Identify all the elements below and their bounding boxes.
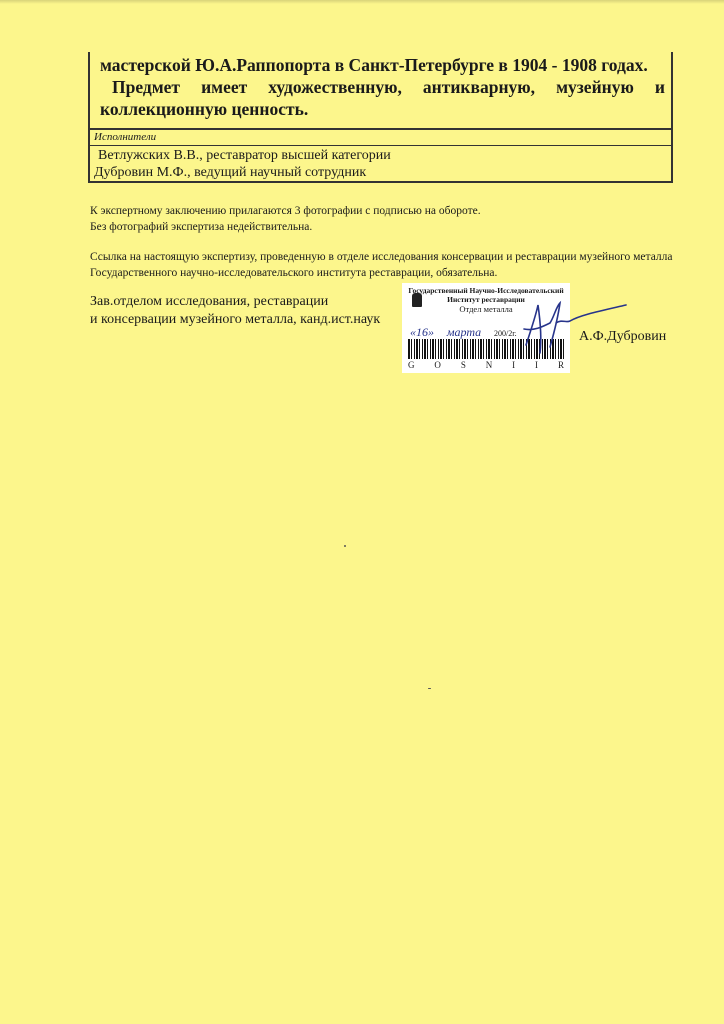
barcode-text: G O S N I I R	[408, 360, 564, 370]
reference-note: Ссылка на настоящую экспертизу, проведен…	[90, 249, 690, 281]
barcode-letter: G	[408, 360, 415, 370]
executor-item: Ветлужских В.В., реставратор высшей кате…	[94, 147, 671, 164]
description-line: коллекционную ценность.	[100, 98, 665, 120]
barcode-letter: N	[486, 360, 493, 370]
barcode-letter: O	[434, 360, 441, 370]
barcode-letter: R	[558, 360, 564, 370]
scan-edge	[0, 0, 724, 4]
stamp-date-year: 200/2г.	[494, 329, 517, 338]
head-title: Зав.отделом исследования, реставрации и …	[90, 293, 380, 329]
executor-item: Дубровин М.Ф., ведущий научный сотрудник	[94, 164, 671, 181]
description-cell: мастерской Ю.А.Раппопорта в Санкт-Петерб…	[90, 52, 671, 130]
barcode-letter: I	[535, 360, 538, 370]
note-line: Без фотографий экспертиза недействительн…	[90, 219, 690, 235]
microscope-icon	[412, 293, 422, 307]
description-line: мастерской Ю.А.Раппопорта в Санкт-Петерб…	[100, 54, 665, 76]
executors-heading: Исполнители	[90, 130, 671, 146]
signer-name: А.Ф.Дубровин	[579, 329, 666, 345]
stamp-org: Государственный Научно-Исследовательский	[402, 286, 570, 295]
executors-list: Ветлужских В.В., реставратор высшей кате…	[90, 147, 671, 181]
expertise-table: мастерской Ю.А.Раппопорта в Санкт-Петерб…	[88, 52, 673, 183]
description-line: Предмет имеет художественную, антикварну…	[100, 76, 665, 98]
photo-notes: К экспертному заключению прилагаются 3 ф…	[90, 203, 690, 235]
stamp-date-day: «16»	[410, 325, 434, 339]
head-title-line: Зав.отделом исследования, реставрации	[90, 293, 380, 311]
scan-speck	[344, 545, 346, 547]
barcode-letter: I	[512, 360, 515, 370]
barcode-letter: S	[461, 360, 466, 370]
head-title-line: и консервации музейного металла, канд.ис…	[90, 311, 380, 329]
scan-speck	[428, 688, 431, 689]
note-line: К экспертному заключению прилагаются 3 ф…	[90, 203, 690, 219]
signature-icon	[520, 297, 630, 357]
